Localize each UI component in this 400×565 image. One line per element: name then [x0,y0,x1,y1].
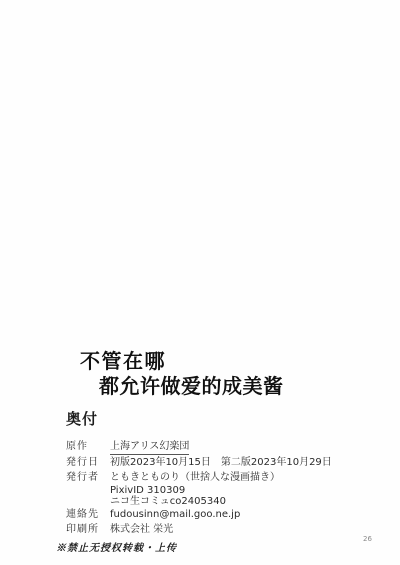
row-label: 連絡先 [66,507,110,522]
row-value: 上海アリス幻楽団 [110,439,189,455]
book-title-line1: 不管在哪 [80,349,166,373]
colophon-page: 不管在哪 都允许做爱的成美酱 奥付 原作 上海アリス幻楽団 発行日 初版2023… [0,0,400,565]
page-number: 26 [363,535,372,543]
book-title: 不管在哪 都允许做爱的成美酱 [80,349,284,399]
row-publisher: 発行者 ともきとものり（世捨人な漫画描き） [66,470,366,485]
row-value: 株式会社 栄光 [110,522,173,537]
row-label: 印刷所 [66,522,110,537]
colophon-heading: 奥付 [66,408,366,429]
reprint-prohibition-notice: ※禁止无授权转载・上传 [56,542,366,556]
row-value: 初版2023年10月15日 第二版2023年10月29日 [110,455,332,470]
book-title-line2: 都允许做爱的成美酱 [99,374,284,399]
publisher-pixiv-id: PixivID 310309 [110,485,366,496]
row-value: ともきとものり（世捨人な漫画描き） [110,470,280,485]
publisher-extra-lines: PixivID 310309 ニコ生コミュco2405340 [110,485,366,507]
colophon-block: 奥付 原作 上海アリス幻楽団 発行日 初版2023年10月15日 第二版2023… [66,408,366,556]
row-publication-date: 発行日 初版2023年10月15日 第二版2023年10月29日 [66,455,366,470]
row-label: 原作 [66,439,110,455]
row-printer: 印刷所 株式会社 栄光 [66,522,366,537]
row-original-work: 原作 上海アリス幻楽団 [66,439,366,455]
row-value-email: fudousinn@mail.goo.ne.jp [110,507,240,522]
publisher-nico-community: ニコ生コミュco2405340 [110,496,366,507]
row-label: 発行者 [66,470,110,485]
row-label: 発行日 [66,455,110,470]
row-contact: 連絡先 fudousinn@mail.goo.ne.jp [66,507,366,522]
